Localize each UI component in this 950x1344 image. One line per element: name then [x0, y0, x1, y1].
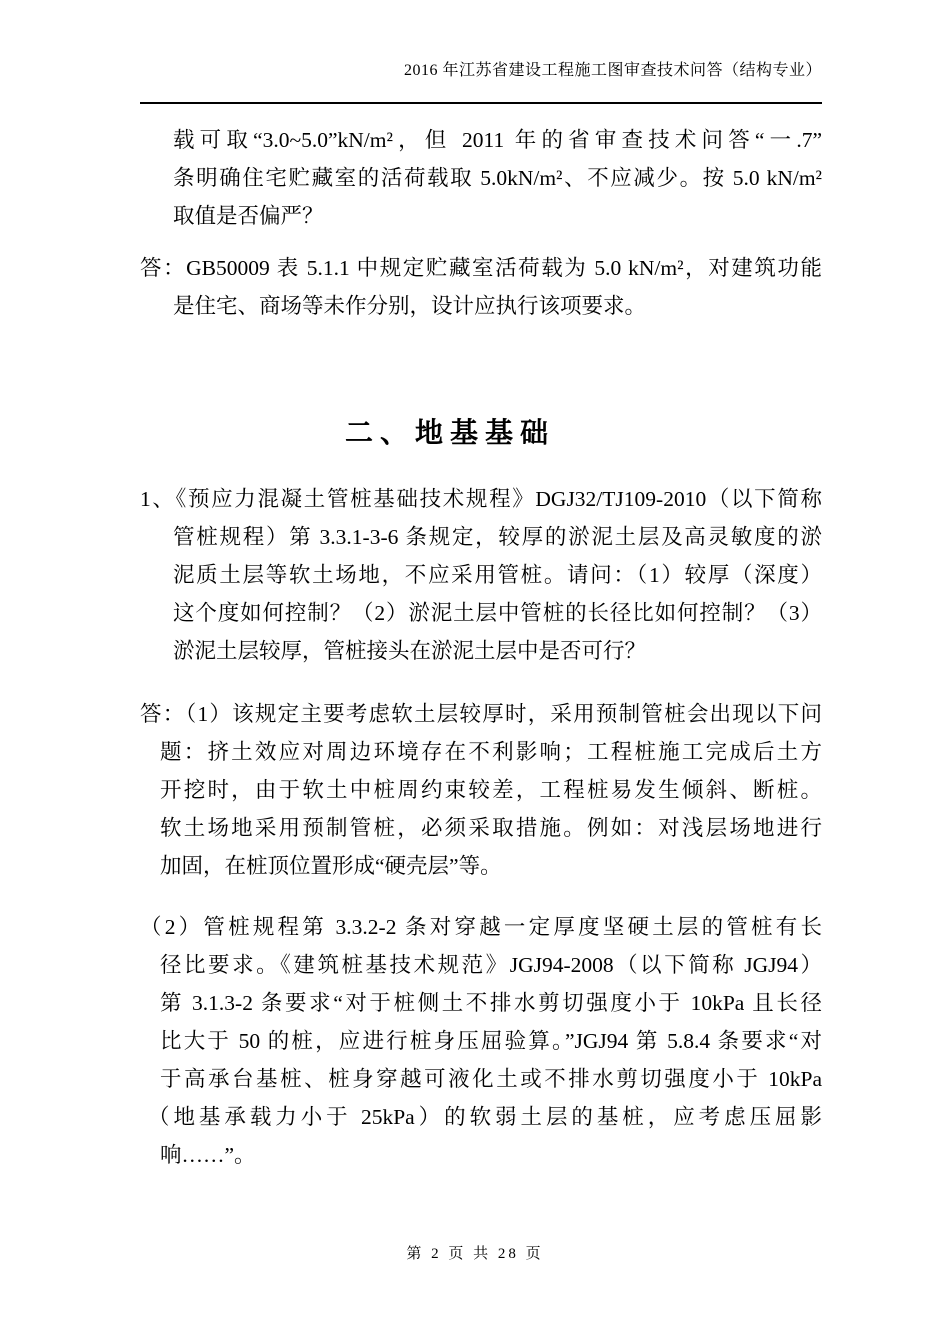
text-line: 是住宅、商场等未作分别，设计应执行该项要求。: [173, 287, 822, 325]
text-line: 第 3.1.3-2 条要求“对于桩侧土不排水剪切强度小于 10kPa 且长径: [160, 984, 822, 1022]
text-line: 比大于 50 的桩，应进行桩身压屈验算。”JGJ94 第 5.8.4 条要求“对: [160, 1022, 822, 1060]
text-line: 载可取“3.0~5.0”kN/m²，但 2011 年的省审查技术问答“一.7”: [173, 121, 822, 159]
text-line: 1、《预应力混凝土管桩基础技术规程》DGJ32/TJ109-2010（以下简称: [140, 480, 822, 518]
header-rule: [140, 102, 822, 104]
text-line: 开挖时，由于软土中桩周约束较差，工程桩易发生倾斜、断桩。: [160, 771, 822, 809]
paragraph-answer-1-part-2: （2）管桩规程第 3.3.2-2 条对穿越一定厚度坚硬土层的管桩有长 径比要求。…: [140, 908, 822, 1174]
text-line: 这个度如何控制？（2）淤泥土层中管桩的长径比如何控制？（3）: [173, 594, 822, 632]
text-line: （2）管桩规程第 3.3.2-2 条对穿越一定厚度坚硬土层的管桩有长: [140, 908, 822, 946]
document-page: 2016 年江苏省建设工程施工图审查技术问答（结构专业） 载可取“3.0~5.0…: [0, 0, 950, 1344]
text-line: 径比要求。《建筑桩基技术规范》JGJ94-2008（以下简称 JGJ94）: [160, 946, 822, 984]
paragraph-answer-previous: 答：GB50009 表 5.1.1 中规定贮藏室活荷载为 5.0 kN/m²，对…: [140, 249, 822, 325]
paragraph-question-1: 1、《预应力混凝土管桩基础技术规程》DGJ32/TJ109-2010（以下简称 …: [140, 480, 822, 670]
text-line: 软土场地采用预制管桩，必须采取措施。例如：对浅层场地进行: [160, 809, 822, 847]
text-line: （地基承载力小于 25kPa）的软弱土层的基桩，应考虑压屈影: [148, 1098, 822, 1136]
text-line: 响……”。: [160, 1136, 822, 1174]
page-footer: 第 2 页 共 28 页: [0, 1244, 950, 1264]
section-heading: 二、地基基础: [140, 413, 822, 453]
text-line: 答：GB50009 表 5.1.1 中规定贮藏室活荷载为 5.0 kN/m²，对…: [140, 249, 822, 287]
text-line: 管桩规程）第 3.3.1-3-6 条规定，较厚的淤泥土层及高灵敏度的淤: [173, 518, 822, 556]
page-content: 2016 年江苏省建设工程施工图审查技术问答（结构专业） 载可取“3.0~5.0…: [0, 0, 950, 1174]
text-line: 答：（1）该规定主要考虑软土层较厚时，采用预制管桩会出现以下问: [140, 695, 822, 733]
text-line: 泥质土层等软土场地，不应采用管桩。请问：（1）较厚（深度）: [173, 556, 822, 594]
text-line: 取值是否偏严？: [173, 197, 822, 235]
page-header: 2016 年江苏省建设工程施工图审查技术问答（结构专业）: [140, 0, 822, 82]
text-line: 加固，在桩顶位置形成“硬壳层”等。: [160, 847, 822, 885]
text-line: 题：挤土效应对周边环境存在不利影响；工程桩施工完成后土方: [160, 733, 822, 771]
footer-page-indicator: 第 2 页 共 28 页: [406, 1246, 543, 1262]
text-line: 淤泥土层较厚，管桩接头在淤泥土层中是否可行？: [173, 632, 822, 670]
header-title: 2016 年江苏省建设工程施工图审查技术问答（结构专业）: [404, 62, 822, 79]
text-line: 于高承台基桩、桩身穿越可液化土或不排水剪切强度小于 10kPa: [160, 1060, 822, 1098]
paragraph-answer-1-part-1: 答：（1）该规定主要考虑软土层较厚时，采用预制管桩会出现以下问 题：挤土效应对周…: [140, 695, 822, 885]
paragraph-carryover-question: 载可取“3.0~5.0”kN/m²，但 2011 年的省审查技术问答“一.7” …: [140, 121, 822, 235]
text-line: 条明确住宅贮藏室的活荷载取 5.0kN/m²、不应减少。按 5.0 kN/m²: [173, 159, 822, 197]
